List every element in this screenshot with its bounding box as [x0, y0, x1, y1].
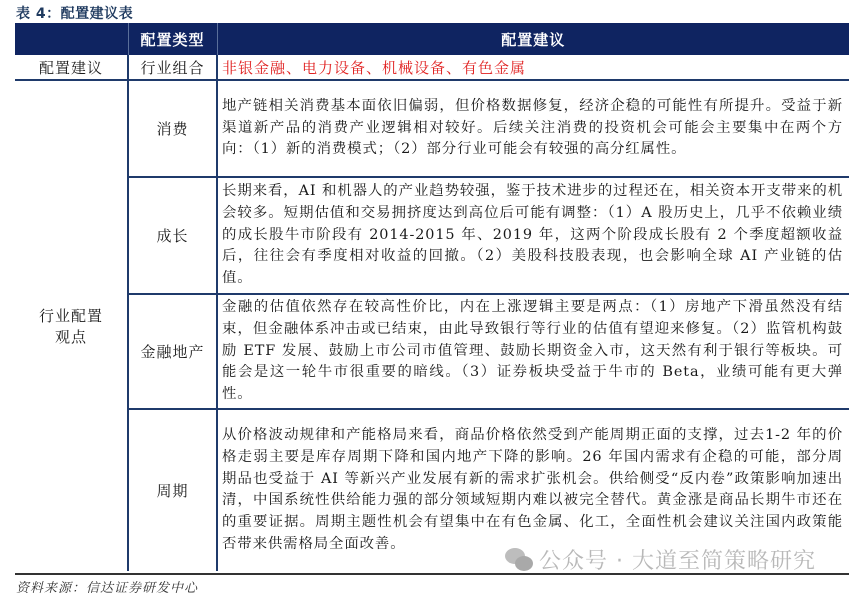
table-header-row: 配置类型 配置建议 — [15, 23, 849, 55]
table-row-growth: 成长 长期来看，AI 和机器人的产业趋势较强，鉴于技术进步的过程还在，相关资本开… — [15, 177, 849, 294]
header-config-type: 配置类型 — [128, 23, 217, 55]
text-growth: 长期来看，AI 和机器人的产业趋势较强，鉴于技术进步的过程还在，相关资本开支带来… — [217, 177, 849, 294]
header-empty-cell — [15, 23, 128, 55]
allocation-table: 配置类型 配置建议 配置建议 行业组合 非银金融、电力设备、机械设备、有色金属 … — [15, 23, 849, 571]
row-label-config: 配置建议 — [15, 55, 128, 80]
source-note: 资料来源：信达证券研发中心 — [16, 577, 198, 596]
category-finance-realestate: 金融地产 — [128, 294, 217, 409]
watermark: 公众号 · 大道至简策略研究 — [505, 544, 816, 575]
row-value-industries: 非银金融、电力设备、机械设备、有色金属 — [217, 55, 849, 80]
table-row-consumption: 行业配置 观点 消费 地产链相关消费基本面依旧偏弱，但价格数据修复，经济企稳的可… — [15, 80, 849, 177]
category-consumption: 消费 — [128, 80, 217, 177]
text-consumption: 地产链相关消费基本面依旧偏弱，但价格数据修复，经济企稳的可能性有所提升。受益于新… — [217, 80, 849, 177]
watermark-text: 公众号 · 大道至简策略研究 — [539, 544, 816, 575]
group-label-line1: 行业配置 — [15, 305, 127, 326]
category-growth: 成长 — [128, 177, 217, 294]
table-row-finance-realestate: 金融地产 金融的估值依然存在较高性价比，内在上涨逻辑主要是两点：（1）房地产下滑… — [15, 294, 849, 409]
wechat-icon — [505, 548, 533, 572]
group-label-industry-view: 行业配置 观点 — [15, 80, 128, 571]
group-label-line2: 观点 — [15, 326, 127, 347]
category-cyclical: 周期 — [128, 409, 217, 571]
table-row-config: 配置建议 行业组合 非银金融、电力设备、机械设备、有色金属 — [15, 55, 849, 80]
table-caption: 表 4：配置建议表 — [16, 3, 133, 23]
row-type-industry-combo: 行业组合 — [128, 55, 217, 80]
header-config-advice: 配置建议 — [217, 23, 849, 55]
text-finance-realestate: 金融的估值依然存在较高性价比，内在上涨逻辑主要是两点：（1）房地产下滑虽然没有结… — [217, 294, 849, 409]
